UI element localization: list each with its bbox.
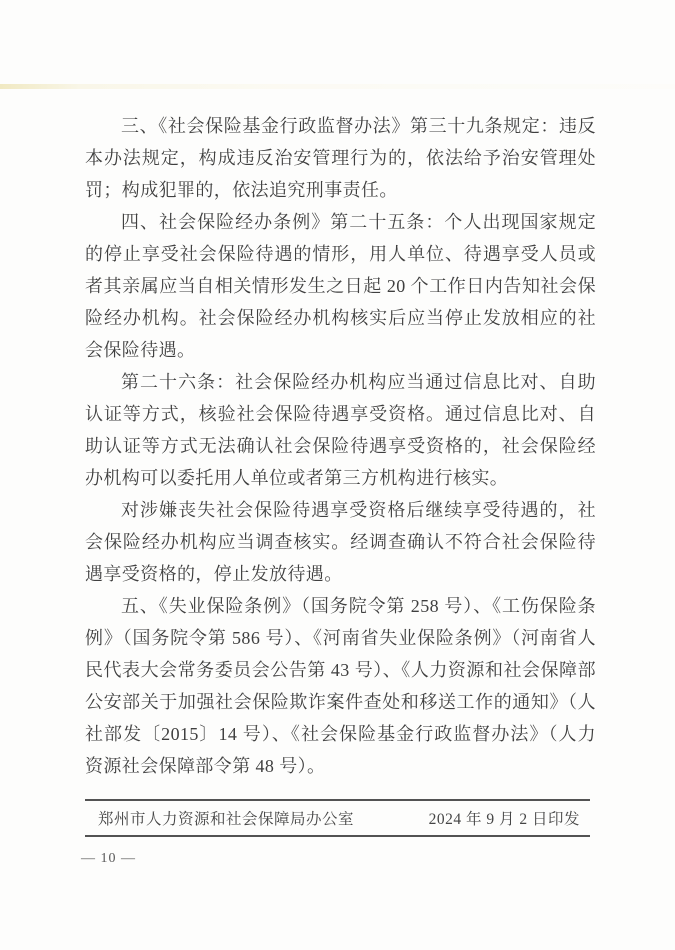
footer-row: 郑州市人力资源和社会保障局办公室 2024 年 9 月 2 日印发	[85, 805, 590, 831]
scanned-document-page: 三、《社会保险基金行政监督办法》第三十九条规定：违反本办法规定，构成违反治安管理…	[0, 0, 675, 950]
body-paragraph-verification: 对涉嫌丧失社会保险待遇享受资格后继续享受待遇的，社会保险经办机构应当调查核实。经…	[85, 494, 596, 590]
page-number: — 10 —	[81, 851, 136, 867]
footer-print-date: 2024 年 9 月 2 日印发	[429, 807, 580, 829]
footer-divider-top	[85, 799, 590, 801]
body-paragraph-article-26: 第二十六条：社会保险经办机构应当通过信息比对、自助认证等方式，核验社会保险待遇享…	[85, 366, 596, 494]
body-paragraph-3: 三、《社会保险基金行政监督办法》第三十九条规定：违反本办法规定，构成违反治安管理…	[85, 110, 596, 206]
footer-divider-bottom	[85, 835, 590, 837]
scan-artifact-band	[0, 84, 675, 89]
body-paragraph-5: 五、《失业保险条例》（国务院令第 258 号）、《工伤保险条例》（国务院令第 5…	[85, 590, 596, 782]
document-body: 三、《社会保险基金行政监督办法》第三十九条规定：违反本办法规定，构成违反治安管理…	[85, 110, 596, 782]
footer-issuer: 郑州市人力资源和社会保障局办公室	[98, 807, 354, 829]
body-paragraph-4: 四、社会保险经办条例》第二十五条：个人出现国家规定的停止享受社会保险待遇的情形，…	[85, 206, 596, 366]
